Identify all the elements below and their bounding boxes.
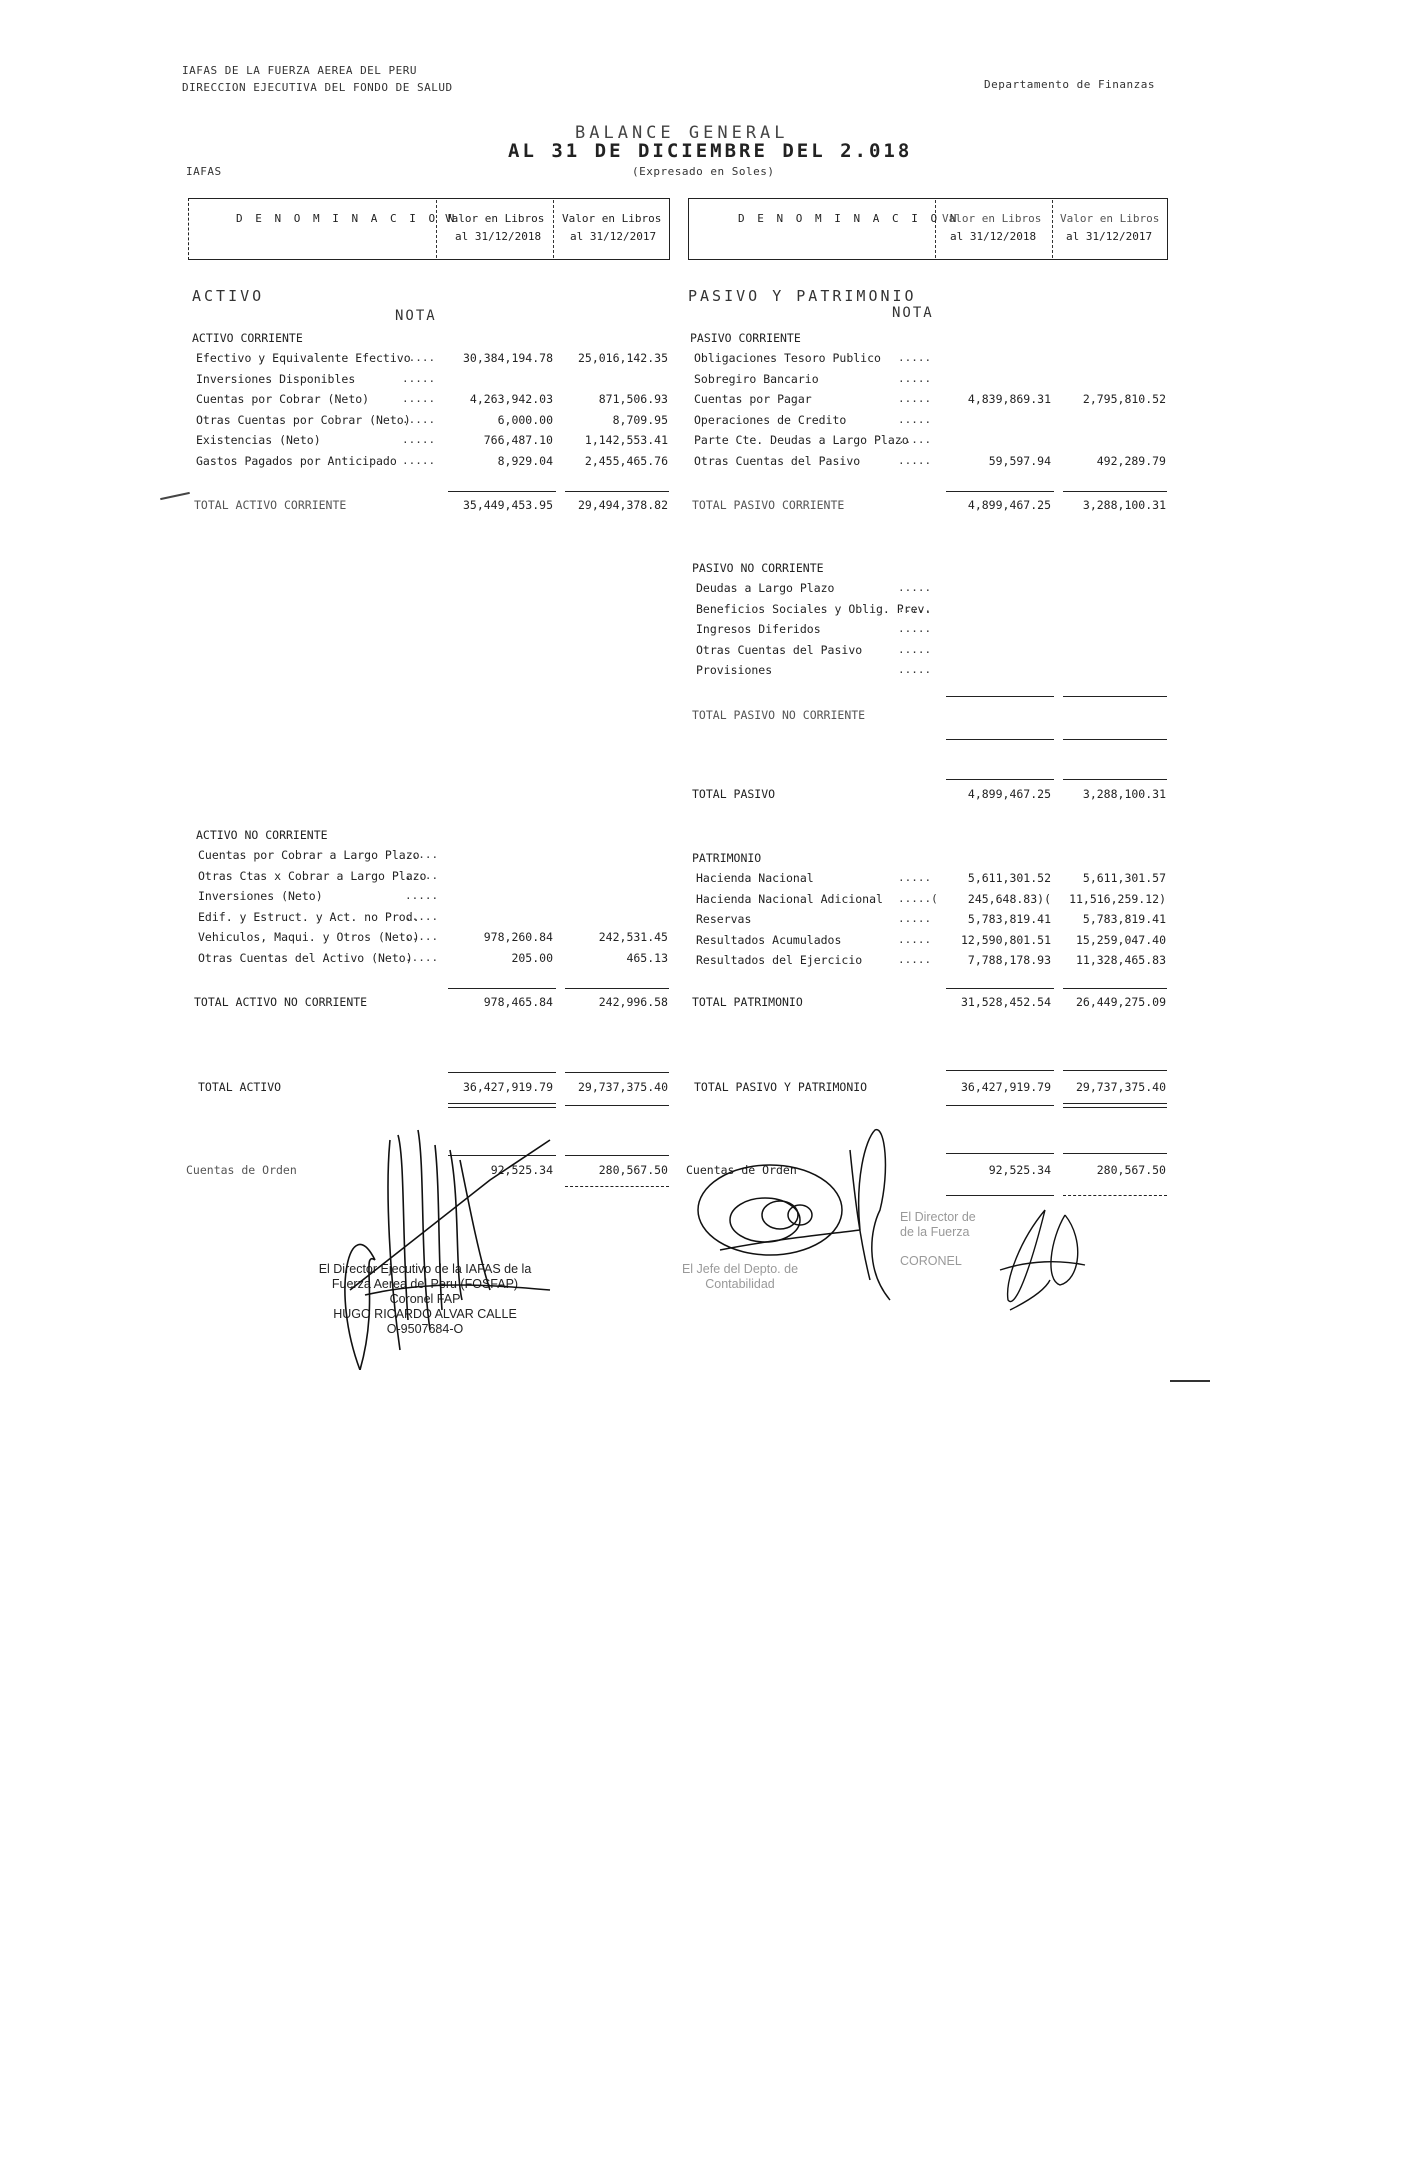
line-item-value-2018: 978,260.84 — [438, 930, 553, 944]
line-item-value-2018: 8,929.04 — [438, 454, 553, 468]
line-item-label: Beneficios Sociales y Oblig. Prev. — [696, 602, 931, 616]
line-item-value-2018: 5,611,301.52 — [936, 871, 1051, 885]
total-activo-no-corriente-2018: 978,465.84 — [438, 995, 553, 1009]
org-line-1: IAFAS DE LA FUERZA AEREA DEL PERU — [182, 64, 417, 77]
line-item-value-2018: 7,788,178.93 — [936, 953, 1051, 967]
total-activo-2017: 29,737,375.40 — [553, 1080, 668, 1094]
line-item-value-2018: 766,487.10 — [438, 433, 553, 447]
orden-rule — [946, 1195, 1054, 1196]
cuentas-orden-2017-right: 280,567.50 — [1051, 1163, 1166, 1177]
orden-rule — [1063, 1153, 1167, 1154]
total-rule — [448, 1072, 556, 1073]
total-pasivo-2017: 3,288,100.31 — [1051, 787, 1166, 801]
line-item-label: Parte Cte. Deudas a Largo Plazo — [694, 433, 909, 447]
total-rule — [946, 779, 1054, 780]
pasivo-no-corriente-heading: PASIVO NO CORRIENTE — [692, 561, 824, 575]
total-patrimonio-2017: 26,449,275.09 — [1051, 995, 1166, 1009]
header-col-2018-date-right: al 31/12/2018 — [950, 230, 1036, 243]
line-item-value-2017: 465.13 — [553, 951, 668, 965]
line-item-label: Sobregiro Bancario — [694, 372, 819, 386]
header-denominacion-right: D E N O M I N A C I O N — [738, 212, 959, 225]
line-item-leader-dots: ..... — [898, 454, 938, 467]
line-item-value-2017: 871,506.93 — [553, 392, 668, 406]
header-col-2017-date-right: al 31/12/2017 — [1066, 230, 1152, 243]
total-activo-label: TOTAL ACTIVO — [198, 1080, 281, 1094]
total-pasivo-2018: 4,899,467.25 — [936, 787, 1051, 801]
line-item-value-2018: 30,384,194.78 — [438, 351, 553, 365]
activo-corriente-heading: ACTIVO CORRIENTE — [192, 331, 303, 345]
line-item-leader-dots: ..... — [898, 602, 938, 615]
table-header-right — [688, 198, 1168, 260]
scan-mark — [1170, 1380, 1210, 1382]
line-item-value-2017: 5,783,819.41 — [1051, 912, 1166, 926]
header-col-2018-right: Valor en Libros — [942, 212, 1041, 225]
line-item-value-2017: 15,259,047.40 — [1051, 933, 1166, 947]
line-item-leader-dots: ..... — [898, 581, 938, 594]
total-activo-2018: 36,427,919.79 — [438, 1080, 553, 1094]
table-header-left — [188, 198, 670, 260]
org-line-2: DIRECCION EJECUTIVA DEL FONDO DE SALUD — [182, 81, 453, 94]
line-item-label: Provisiones — [696, 663, 772, 677]
total-activo-no-corriente-label: TOTAL ACTIVO NO CORRIENTE — [194, 995, 367, 1009]
line-item-label: Existencias (Neto) — [196, 433, 321, 447]
subtotal-rule — [448, 491, 556, 492]
total-pasivo-no-corriente-label: TOTAL PASIVO NO CORRIENTE — [692, 708, 865, 722]
line-item-leader-dots: ..... — [405, 889, 445, 902]
line-item-value-2017: 1,142,553.41 — [553, 433, 668, 447]
total-activo-no-corriente-2017: 242,996.58 — [553, 995, 668, 1009]
line-item-label: Resultados del Ejercicio — [696, 953, 862, 967]
subtotal-rule — [1063, 988, 1167, 989]
entity-label: IAFAS — [186, 165, 222, 178]
header-divider — [1052, 200, 1053, 258]
line-item-label: Gastos Pagados por Anticipado — [196, 454, 397, 468]
subtotal-rule — [1063, 491, 1167, 492]
line-item-label: Otras Cuentas del Activo (Neto) — [198, 951, 413, 965]
line-item-leader-dots: ..... — [898, 392, 938, 405]
line-item-label: Hacienda Nacional Adicional — [696, 892, 883, 906]
line-item-value-2018: 59,597.94 — [936, 454, 1051, 468]
line-item-label: Otras Cuentas por Cobrar (Neto) — [196, 413, 411, 427]
line-item-value-2017: 8,709.95 — [553, 413, 668, 427]
line-item-leader-dots: ..... — [898, 871, 938, 884]
total-pasivo-corriente-2018: 4,899,467.25 — [936, 498, 1051, 512]
total-activo-corriente-2017: 29,494,378.82 — [553, 498, 668, 512]
subtotal-rule — [946, 988, 1054, 989]
line-item-value-2017: 242,531.45 — [553, 930, 668, 944]
signature-scribble-left-icon — [290, 1100, 610, 1370]
line-item-value-2018: 12,590,801.51 — [936, 933, 1051, 947]
total-rule — [946, 1070, 1054, 1071]
line-item-label: Edif. y Estruct. y Act. no Prod. — [198, 910, 420, 924]
subtotal-rule — [565, 988, 669, 989]
line-item-label: Cuentas por Cobrar (Neto) — [196, 392, 369, 406]
line-item-leader-dots: ..... — [898, 663, 938, 676]
total-patrimonio-label: TOTAL PATRIMONIO — [692, 995, 803, 1009]
line-item-value-2017: 2,455,465.76 — [553, 454, 668, 468]
line-item-label: Operaciones de Credito — [694, 413, 846, 427]
signature-scribble-middle-icon — [690, 1120, 920, 1320]
line-item-label: Vehiculos, Maqui. y Otros (Neto) — [198, 930, 420, 944]
line-item-label: Otras Cuentas del Pasivo — [696, 643, 862, 657]
scan-mark — [160, 492, 190, 500]
subtotal-rule — [946, 491, 1054, 492]
line-item-leader-dots: ..... — [898, 372, 938, 385]
header-col-2017-left: Valor en Libros — [562, 212, 661, 225]
header-col-2017-right: Valor en Libros — [1060, 212, 1159, 225]
line-item-leader-dots: ..... — [405, 848, 445, 861]
line-item-label: Reservas — [696, 912, 751, 926]
patrimonio-heading: PATRIMONIO — [692, 851, 761, 865]
total-pasivo-label: TOTAL PASIVO — [692, 787, 775, 801]
line-item-leader-dots: ..... — [402, 372, 442, 385]
header-col-2018-date-left: al 31/12/2018 — [455, 230, 541, 243]
total-rule — [1063, 1070, 1167, 1071]
total-rule — [565, 1072, 669, 1073]
signature-scribble-right-icon — [990, 1200, 1100, 1320]
line-item-label: Otras Ctas x Cobrar a Largo Plazo — [198, 869, 426, 883]
line-item-value-2017: 25,016,142.35 — [553, 351, 668, 365]
line-item-leader-dots: ..... — [402, 351, 442, 364]
subtotal-rule — [946, 696, 1054, 697]
line-item-label: Cuentas por Pagar — [694, 392, 812, 406]
line-item-leader-dots: ..... — [898, 622, 938, 635]
header-denominacion-left: D E N O M I N A C I O N — [236, 212, 457, 225]
header-divider — [436, 200, 437, 258]
total-double-rule — [946, 1105, 1054, 1106]
line-item-value-2017: 492,289.79 — [1051, 454, 1166, 468]
total-pasivo-corriente-label: TOTAL PASIVO CORRIENTE — [692, 498, 844, 512]
line-item-label: Hacienda Nacional — [696, 871, 814, 885]
cuentas-orden-label-left: Cuentas de Orden — [186, 1163, 297, 1177]
total-pasivo-corriente-2017: 3,288,100.31 — [1051, 498, 1166, 512]
line-item-leader-dots: ..... — [402, 454, 442, 467]
line-item-value-2018: 245,648.83)( — [936, 892, 1051, 906]
activo-heading: ACTIVO — [192, 287, 264, 305]
subtotal-rule — [1063, 739, 1167, 740]
line-item-value-2018: 6,000.00 — [438, 413, 553, 427]
cuentas-orden-2018-right: 92,525.34 — [936, 1163, 1051, 1177]
line-item-leader-dots: ..... — [898, 933, 938, 946]
line-item-leader-dots: ..... — [898, 643, 938, 656]
line-item-label: Deudas a Largo Plazo — [696, 581, 834, 595]
header-col-2017-date-left: al 31/12/2017 — [570, 230, 656, 243]
line-item-leader-dots: ..... — [898, 953, 938, 966]
total-pasivo-patrimonio-label: TOTAL PASIVO Y PATRIMONIO — [694, 1080, 867, 1094]
line-item-label: Otras Cuentas del Pasivo — [694, 454, 860, 468]
line-item-leader-dots: ..... — [898, 351, 938, 364]
line-item-value-2018: 4,839,869.31 — [936, 392, 1051, 406]
total-patrimonio-2018: 31,528,452.54 — [936, 995, 1051, 1009]
line-item-leader-dots: ..... — [405, 869, 445, 882]
line-item-leader-dots: ..... — [898, 413, 938, 426]
total-activo-corriente-2018: 35,449,453.95 — [438, 498, 553, 512]
total-pasivo-patrimonio-2017: 29,737,375.40 — [1051, 1080, 1166, 1094]
line-item-leader-dots: ..... — [405, 910, 445, 923]
line-item-value-2017: 2,795,810.52 — [1051, 392, 1166, 406]
line-item-label: Inversiones (Neto) — [198, 889, 323, 903]
pasivo-heading: PASIVO Y PATRIMONIO — [688, 287, 917, 305]
pasivo-nota-label: NOTA — [892, 305, 934, 321]
line-item-label: Resultados Acumulados — [696, 933, 841, 947]
subtotal-rule — [448, 988, 556, 989]
line-item-leader-dots: ..... — [402, 392, 442, 405]
total-double-rule — [1063, 1103, 1167, 1104]
line-item-leader-dots: .....( — [898, 892, 938, 905]
line-item-label: Cuentas por Cobrar a Largo Plazo — [198, 848, 420, 862]
line-item-value-2018: 205.00 — [438, 951, 553, 965]
subtotal-rule — [1063, 696, 1167, 697]
total-activo-corriente-label: TOTAL ACTIVO CORRIENTE — [194, 498, 346, 512]
header-col-2018-left: Valor en Libros — [445, 212, 544, 225]
orden-rule — [946, 1153, 1054, 1154]
currency-note: (Expresado en Soles) — [632, 165, 774, 178]
total-double-rule — [1063, 1107, 1167, 1108]
orden-rule — [1063, 1195, 1167, 1196]
subtotal-rule — [565, 491, 669, 492]
line-item-label: Inversiones Disponibles — [196, 372, 355, 386]
activo-nota-label: NOTA — [395, 308, 437, 324]
line-item-value-2018: 4,263,942.03 — [438, 392, 553, 406]
line-item-leader-dots: ..... — [402, 433, 442, 446]
subtotal-rule — [946, 739, 1054, 740]
line-item-value-2017: 11,328,465.83 — [1051, 953, 1166, 967]
line-item-label: Obligaciones Tesoro Publico — [694, 351, 881, 365]
total-rule — [1063, 779, 1167, 780]
line-item-leader-dots: ..... — [898, 433, 938, 446]
header-divider — [553, 200, 554, 258]
line-item-label: Efectivo y Equivalente Efectivo — [196, 351, 411, 365]
document-subtitle: AL 31 DE DICIEMBRE DEL 2.018 — [508, 140, 912, 162]
line-item-value-2018: 5,783,819.41 — [936, 912, 1051, 926]
line-item-leader-dots: ..... — [402, 413, 442, 426]
total-pasivo-patrimonio-2018: 36,427,919.79 — [936, 1080, 1051, 1094]
activo-no-corriente-heading: ACTIVO NO CORRIENTE — [196, 828, 328, 842]
line-item-label: Ingresos Diferidos — [696, 622, 821, 636]
line-item-leader-dots: ..... — [898, 912, 938, 925]
pasivo-corriente-heading: PASIVO CORRIENTE — [690, 331, 801, 345]
department-label: Departamento de Finanzas — [984, 78, 1155, 91]
line-item-value-2017: 5,611,301.57 — [1051, 871, 1166, 885]
header-divider — [935, 200, 936, 258]
line-item-value-2017: 11,516,259.12) — [1051, 892, 1166, 906]
